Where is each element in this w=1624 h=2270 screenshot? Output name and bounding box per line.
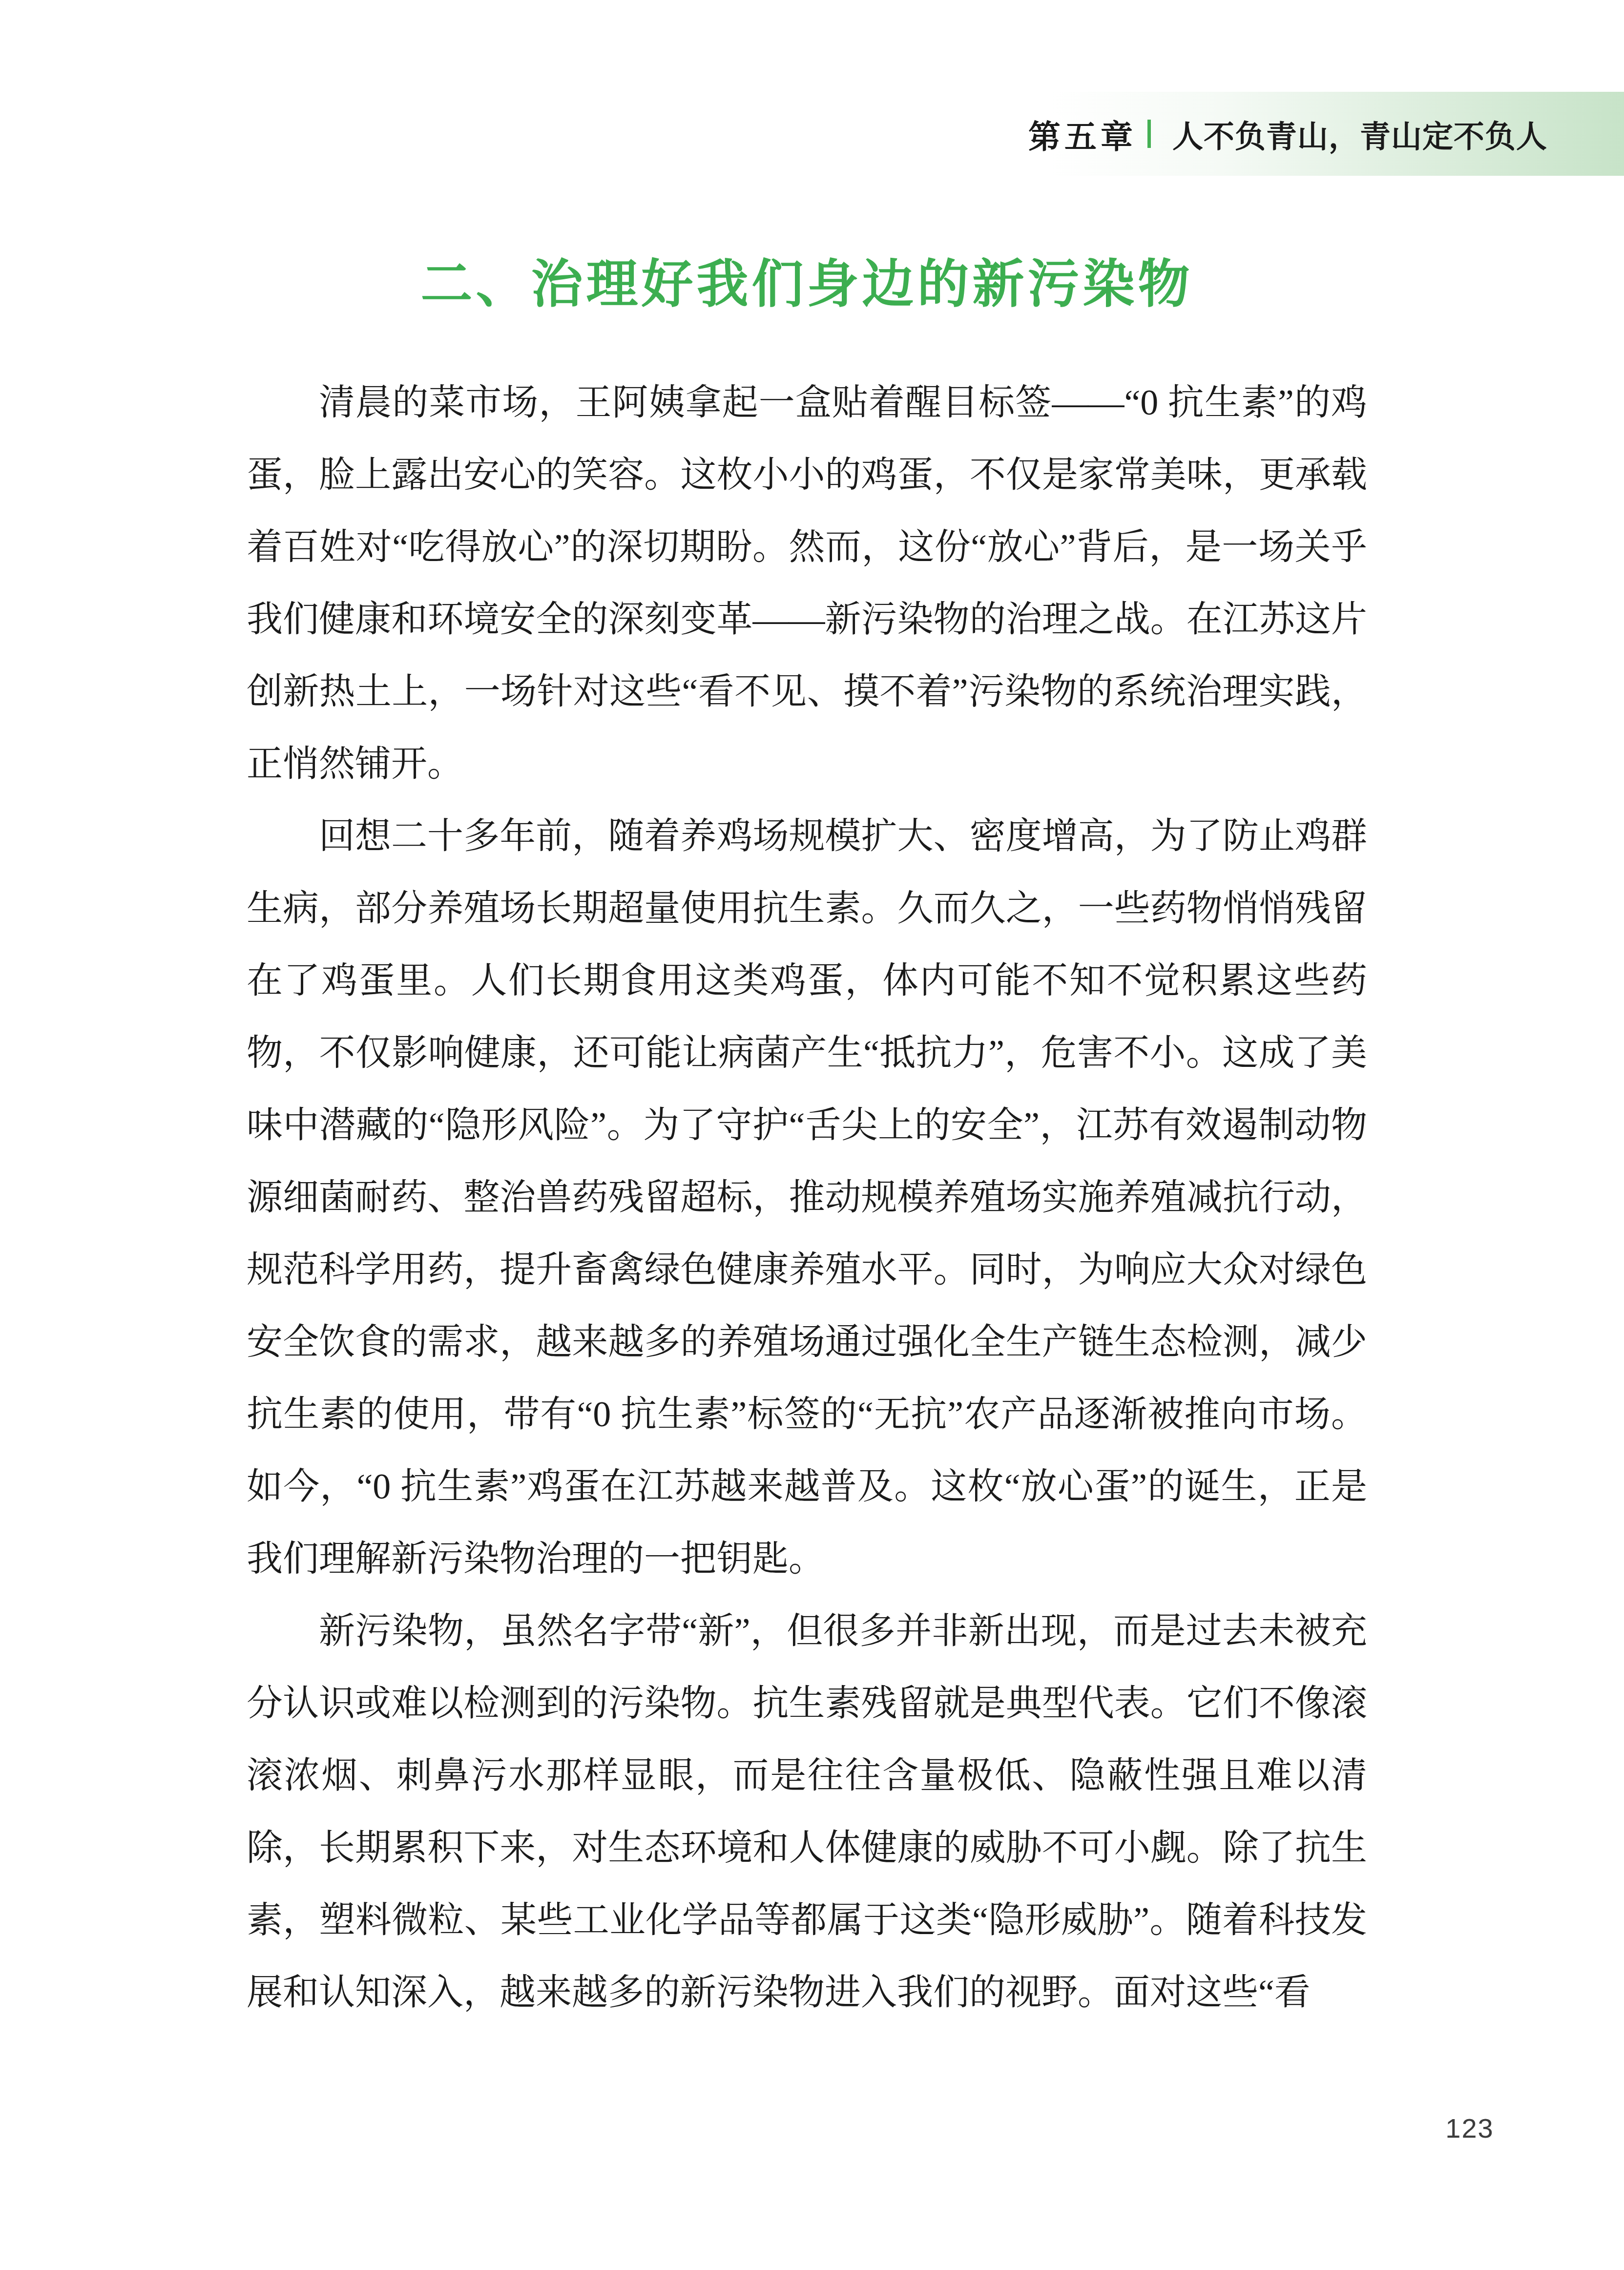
page-number: 123	[1436, 2112, 1504, 2144]
paragraph-1: 清晨的菜市场，王阿姨拿起一盒贴着醒目标签——“0 抗生素”的鸡蛋，脸上露出安心的…	[247, 367, 1367, 800]
paragraph-3: 新污染物，虽然名字带“新”，但很多并非新出现，而是过去未被充分认识或难以检测到的…	[247, 1595, 1367, 2029]
chapter-header: 第五章 人不负青山，青山定不负人	[1028, 92, 1547, 176]
chapter-number-label: 第五章	[1028, 111, 1137, 157]
body-text-block: 清晨的菜市场，王阿姨拿起一盒贴着醒目标签——“0 抗生素”的鸡蛋，脸上露出安心的…	[247, 367, 1367, 2029]
section-title: 二、治理好我们身边的新污染物	[247, 249, 1367, 320]
vertical-divider-icon	[1147, 120, 1151, 148]
book-page: 第五章 人不负青山，青山定不负人 二、治理好我们身边的新污染物 清晨的菜市场，王…	[0, 0, 1624, 2270]
paragraph-2: 回想二十多年前，随着养鸡场规模扩大、密度增高，为了防止鸡群生病，部分养殖场长期超…	[247, 800, 1367, 1595]
chapter-title-label: 人不负青山，青山定不负人	[1172, 112, 1547, 156]
